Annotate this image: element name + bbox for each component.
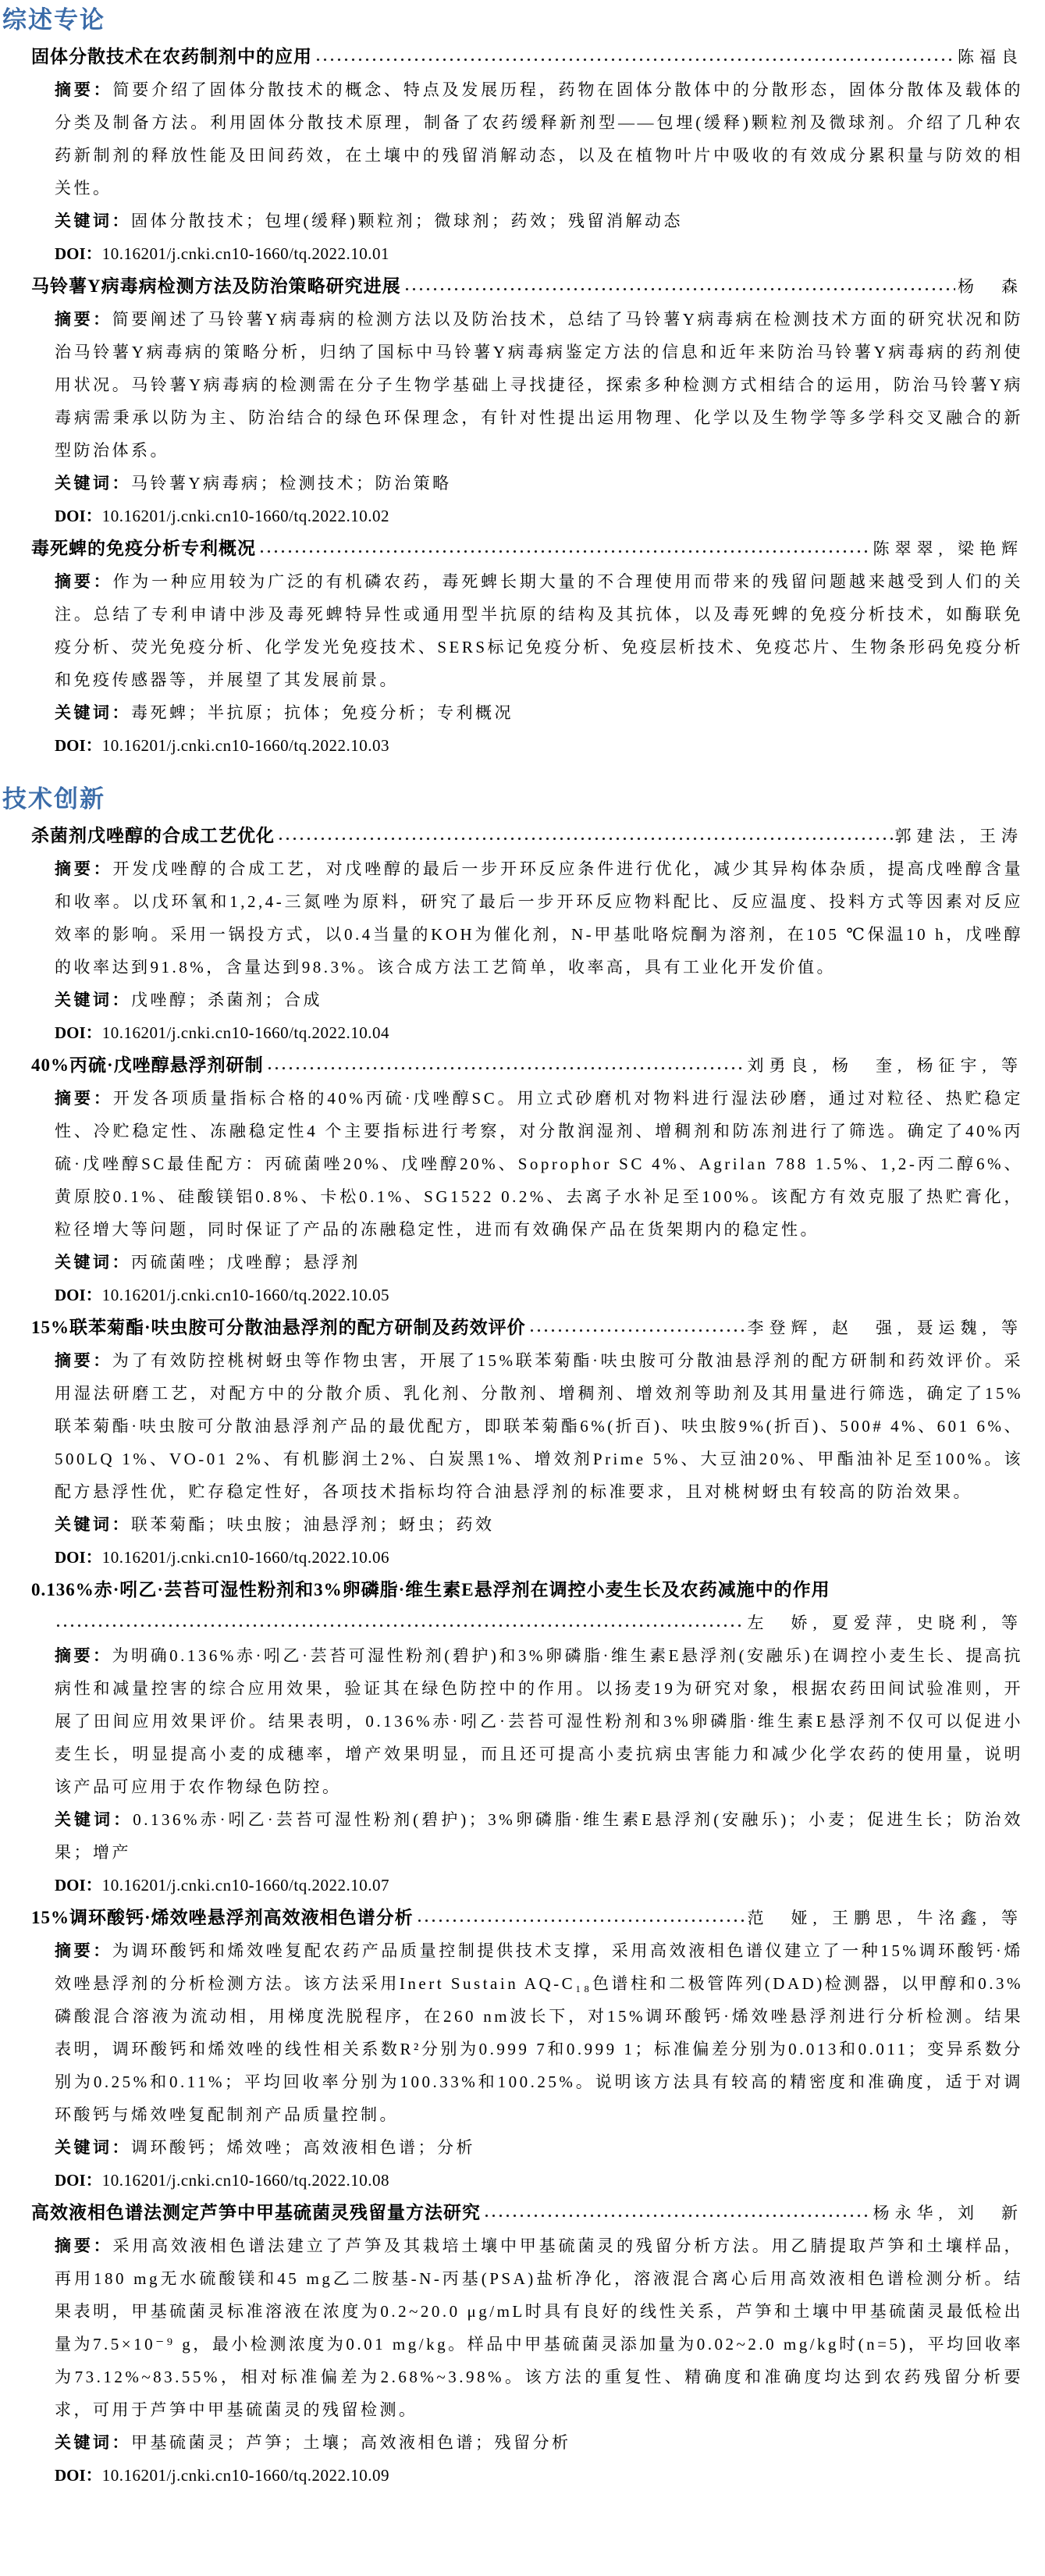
keywords-text: 丙硫菌唑；戊唑醇；悬浮剂 <box>131 1253 361 1272</box>
abstract-text: 采用高效液相色谱法建立了芦笋及其栽培土壤中甲基硫菌灵的残留分析方法。用乙腈提取芦… <box>55 2236 1023 2419</box>
article-keywords: 关键词：联苯菊酯；呋虫胺；油悬浮剂；蚜虫；药效 <box>55 1508 1023 1541</box>
keywords-text: 固体分散技术；包埋(缓释)颗粒剂；微球剂；药效；残留消解动态 <box>131 212 683 230</box>
keywords-text: 调环酸钙；烯效唑；高效液相色谱；分析 <box>131 2138 475 2157</box>
article-doi: DOI：10.16201/j.cnki.cn10-1660/tq.2022.10… <box>55 729 1023 762</box>
article-doi: DOI：10.16201/j.cnki.cn10-1660/tq.2022.10… <box>55 500 1023 532</box>
dot-leader <box>277 820 893 852</box>
article-authors: 郭建法, 王涛 <box>895 820 1024 852</box>
article-title: 杀菌剂戊唑醇的合成工艺优化 <box>31 820 275 852</box>
article: 杀菌剂戊唑醇的合成工艺优化 郭建法, 王涛 摘要：开发戊唑醇的合成工艺，对戊唑醇… <box>31 820 1023 1049</box>
article-title: 固体分散技术在农药制剂中的应用 <box>31 41 312 73</box>
keywords-text: 马铃薯Y病毒病；检测技术；防治策略 <box>131 474 452 493</box>
abstract-text: 简要阐述了马铃薯Y病毒病的检测方法以及防治技术，总结了马铃薯Y病毒病在检测技术方… <box>55 310 1023 460</box>
doi-value: 10.16201/j.cnki.cn10-1660/tq.2022.10.02 <box>102 507 389 525</box>
dot-leader <box>266 1049 745 1082</box>
keywords-text: 联苯菊酯；呋虫胺；油悬浮剂；蚜虫；药效 <box>131 1515 495 1534</box>
dot-leader <box>528 1311 745 1344</box>
doi-label: DOI： <box>55 1876 102 1895</box>
keywords-label: 关键词： <box>55 991 131 1009</box>
article-keywords: 关键词：0.136%赤·吲乙·芸苔可湿性粉剂(碧护)；3%卵磷脂·维生素E悬浮剂… <box>55 1803 1023 1869</box>
article-keywords: 关键词：丙硫菌唑；戊唑醇；悬浮剂 <box>55 1246 1023 1279</box>
article-title: 马铃薯Y病毒病检测方法及防治策略研究进展 <box>31 270 401 303</box>
dot-leader <box>403 270 955 303</box>
article-title-row: 0.136%赤·吲乙·芸苔可湿性粉剂和3%卵磷脂·维生素E悬浮剂在调控小麦生长及… <box>31 1574 1023 1606</box>
article-authors: 刘勇良, 杨 奎, 杨征宇, 等 <box>748 1049 1024 1082</box>
abstract-text: 为调环酸钙和烯效唑复配农药产品质量控制提供技术支撑，采用高效液相色谱仪建立了一种… <box>55 1941 1023 2124</box>
article-title-row: 毒死蜱的免疫分析专利概况 陈翠翠, 梁艳辉 <box>31 532 1023 565</box>
article-authors: 陈翠翠, 梁艳辉 <box>873 532 1024 565</box>
keywords-text: 毒死蜱；半抗原；抗体；免疫分析；专利概况 <box>131 703 514 722</box>
article-authors: 范 娅, 王鹏思, 牛洺鑫, 等 <box>748 1902 1024 1934</box>
abstract-label: 摘要： <box>55 1646 112 1665</box>
article-abstract: 摘要：采用高效液相色谱法建立了芦笋及其栽培土壤中甲基硫菌灵的残留分析方法。用乙腈… <box>55 2229 1023 2426</box>
doi-label: DOI： <box>55 1023 102 1042</box>
article: 0.136%赤·吲乙·芸苔可湿性粉剂和3%卵磷脂·维生素E悬浮剂在调控小麦生长及… <box>31 1574 1023 1902</box>
article-title: 15%调环酸钙·烯效唑悬浮剂高效液相色谱分析 <box>31 1902 414 1934</box>
article-title-row: 40%丙硫·戊唑醇悬浮剂研制 刘勇良, 杨 奎, 杨征宇, 等 <box>31 1049 1023 1082</box>
doi-label: DOI： <box>55 736 102 755</box>
keywords-text: 0.136%赤·吲乙·芸苔可湿性粉剂(碧护)；3%卵磷脂·维生素E悬浮剂(安融乐… <box>55 1810 1023 1862</box>
doi-value: 10.16201/j.cnki.cn10-1660/tq.2022.10.09 <box>102 2466 389 2485</box>
abstract-label: 摘要： <box>55 1351 112 1370</box>
dot-leader <box>55 1606 745 1639</box>
doi-label: DOI： <box>55 507 102 525</box>
abstract-text: 作为一种应用较为广泛的有机磷农药，毒死蜱长期大量的不合理使用而带来的残留问题越来… <box>55 572 1023 689</box>
abstract-text: 开发各项质量指标合格的40%丙硫·戊唑醇SC。用立式砂磨机对物料进行湿法砂磨，通… <box>55 1089 1023 1239</box>
abstract-text: 简要介绍了固体分散技术的概念、特点及发展历程，药物在固体分散体中的分散形态，固体… <box>55 80 1023 197</box>
abstract-text: 为明确0.136%赤·吲乙·芸苔可湿性粉剂(碧护)和3%卵磷脂·维生素E悬浮剂(… <box>55 1646 1023 1796</box>
article: 高效液相色谱法测定芦笋中甲基硫菌灵残留量方法研究 杨永华, 刘 新 摘要：采用高… <box>31 2197 1023 2492</box>
abstract-label: 摘要： <box>55 2236 112 2255</box>
article: 毒死蜱的免疫分析专利概况 陈翠翠, 梁艳辉 摘要：作为一种应用较为广泛的有机磷农… <box>31 532 1023 762</box>
article-keywords: 关键词：毒死蜱；半抗原；抗体；免疫分析；专利概况 <box>55 696 1023 729</box>
article: 马铃薯Y病毒病检测方法及防治策略研究进展 杨 森 摘要：简要阐述了马铃薯Y病毒病… <box>31 270 1023 532</box>
article-title-row: 15%调环酸钙·烯效唑悬浮剂高效液相色谱分析 范 娅, 王鹏思, 牛洺鑫, 等 <box>31 1902 1023 1934</box>
article-authors: 杨 森 <box>958 270 1023 303</box>
article-title: 毒死蜱的免疫分析专利概况 <box>31 532 256 565</box>
article-authors: 李登辉, 赵 强, 聂运魏, 等 <box>748 1311 1024 1344</box>
article-abstract: 摘要：简要阐述了马铃薯Y病毒病的检测方法以及防治技术，总结了马铃薯Y病毒病在检测… <box>55 303 1023 467</box>
keywords-label: 关键词： <box>55 474 131 493</box>
article-keywords: 关键词：马铃薯Y病毒病；检测技术；防治策略 <box>55 467 1023 500</box>
article-title: 0.136%赤·吲乙·芸苔可湿性粉剂和3%卵磷脂·维生素E悬浮剂在调控小麦生长及… <box>31 1574 830 1606</box>
article-authors-row: 左 娇, 夏爱萍, 史晓利, 等 <box>31 1606 1023 1639</box>
dot-leader <box>416 1902 745 1934</box>
abstract-text: 为了有效防控桃树蚜虫等作物虫害，开展了15%联苯菊酯·呋虫胺可分散油悬浮剂的配方… <box>55 1351 1023 1501</box>
abstract-label: 摘要： <box>55 310 112 329</box>
article-doi: DOI：10.16201/j.cnki.cn10-1660/tq.2022.10… <box>55 1279 1023 1311</box>
doi-value: 10.16201/j.cnki.cn10-1660/tq.2022.10.04 <box>102 1023 389 1042</box>
doi-label: DOI： <box>55 2171 102 2190</box>
toc-page: 综述专论 固体分散技术在农药制剂中的应用 陈福良 摘要：简要介绍了固体分散技术的… <box>0 0 1045 2492</box>
doi-value: 10.16201/j.cnki.cn10-1660/tq.2022.10.05 <box>102 1286 389 1304</box>
article-authors: 左 娇, 夏爱萍, 史晓利, 等 <box>748 1606 1024 1639</box>
abstract-text: 开发戊唑醇的合成工艺，对戊唑醇的最后一步开环反应条件进行优化，减少其异构体杂质，… <box>55 859 1023 977</box>
article-abstract: 摘要：开发各项质量指标合格的40%丙硫·戊唑醇SC。用立式砂磨机对物料进行湿法砂… <box>55 1082 1023 1246</box>
keywords-label: 关键词： <box>55 703 131 722</box>
article-doi: DOI：10.16201/j.cnki.cn10-1660/tq.2022.10… <box>55 2459 1023 2492</box>
article-abstract: 摘要：为调环酸钙和烯效唑复配农药产品质量控制提供技术支撑，采用高效液相色谱仪建立… <box>55 1934 1023 2131</box>
keywords-label: 关键词： <box>55 2433 131 2452</box>
keywords-label: 关键词： <box>55 212 131 230</box>
keywords-label: 关键词： <box>55 1810 133 1829</box>
article-authors: 陈福良 <box>958 41 1023 73</box>
article: 40%丙硫·戊唑醇悬浮剂研制 刘勇良, 杨 奎, 杨征宇, 等 摘要：开发各项质… <box>31 1049 1023 1311</box>
article-doi: DOI：10.16201/j.cnki.cn10-1660/tq.2022.10… <box>55 2164 1023 2197</box>
article-title: 高效液相色谱法测定芦笋中甲基硫菌灵残留量方法研究 <box>31 2197 481 2229</box>
article-title-row: 杀菌剂戊唑醇的合成工艺优化 郭建法, 王涛 <box>31 820 1023 852</box>
abstract-label: 摘要： <box>55 80 112 99</box>
doi-label: DOI： <box>55 2466 102 2485</box>
doi-value: 10.16201/j.cnki.cn10-1660/tq.2022.10.07 <box>102 1876 389 1895</box>
keywords-text: 甲基硫菌灵；芦笋；土壤；高效液相色谱；残留分析 <box>131 2433 571 2452</box>
article-keywords: 关键词：固体分散技术；包埋(缓释)颗粒剂；微球剂；药效；残留消解动态 <box>55 205 1023 237</box>
article: 固体分散技术在农药制剂中的应用 陈福良 摘要：简要介绍了固体分散技术的概念、特点… <box>31 41 1023 270</box>
dot-leader <box>315 41 955 73</box>
article: 15%联苯菊酯·呋虫胺可分散油悬浮剂的配方研制及药效评价 李登辉, 赵 强, 聂… <box>31 1311 1023 1574</box>
article-title-row: 马铃薯Y病毒病检测方法及防治策略研究进展 杨 森 <box>31 270 1023 303</box>
article-title-row: 固体分散技术在农药制剂中的应用 陈福良 <box>31 41 1023 73</box>
article-doi: DOI：10.16201/j.cnki.cn10-1660/tq.2022.10… <box>55 237 1023 270</box>
abstract-label: 摘要： <box>55 1941 112 1960</box>
article-abstract: 摘要：为明确0.136%赤·吲乙·芸苔可湿性粉剂(碧护)和3%卵磷脂·维生素E悬… <box>55 1639 1023 1803</box>
article-abstract: 摘要：简要介绍了固体分散技术的概念、特点及发展历程，药物在固体分散体中的分散形态… <box>55 73 1023 205</box>
article: 15%调环酸钙·烯效唑悬浮剂高效液相色谱分析 范 娅, 王鹏思, 牛洺鑫, 等 … <box>31 1902 1023 2197</box>
article-abstract: 摘要：为了有效防控桃树蚜虫等作物虫害，开展了15%联苯菊酯·呋虫胺可分散油悬浮剂… <box>55 1344 1023 1508</box>
article-keywords: 关键词：调环酸钙；烯效唑；高效液相色谱；分析 <box>55 2131 1023 2164</box>
doi-value: 10.16201/j.cnki.cn10-1660/tq.2022.10.03 <box>102 736 389 755</box>
article-doi: DOI：10.16201/j.cnki.cn10-1660/tq.2022.10… <box>55 1541 1023 1574</box>
abstract-label: 摘要： <box>55 1089 113 1108</box>
keywords-text: 戊唑醇；杀菌剂；合成 <box>131 991 322 1009</box>
article-doi: DOI：10.16201/j.cnki.cn10-1660/tq.2022.10… <box>55 1869 1023 1902</box>
keywords-label: 关键词： <box>55 1253 131 1272</box>
doi-label: DOI： <box>55 244 102 263</box>
article-doi: DOI：10.16201/j.cnki.cn10-1660/tq.2022.10… <box>55 1016 1023 1049</box>
article-authors: 杨永华, 刘 新 <box>873 2197 1024 2229</box>
article-title: 15%联苯菊酯·呋虫胺可分散油悬浮剂的配方研制及药效评价 <box>31 1311 526 1344</box>
doi-label: DOI： <box>55 1548 102 1567</box>
article-title-row: 15%联苯菊酯·呋虫胺可分散油悬浮剂的配方研制及药效评价 李登辉, 赵 强, 聂… <box>31 1311 1023 1344</box>
dot-leader <box>258 532 871 565</box>
article-keywords: 关键词：戊唑醇；杀菌剂；合成 <box>55 984 1023 1016</box>
section-header-innovation: 技术创新 <box>2 782 1023 817</box>
abstract-label: 摘要： <box>55 859 112 878</box>
article-keywords: 关键词：甲基硫菌灵；芦笋；土壤；高效液相色谱；残留分析 <box>55 2426 1023 2459</box>
doi-value: 10.16201/j.cnki.cn10-1660/tq.2022.10.01 <box>102 244 389 263</box>
doi-label: DOI： <box>55 1286 102 1304</box>
doi-value: 10.16201/j.cnki.cn10-1660/tq.2022.10.08 <box>102 2171 389 2190</box>
doi-value: 10.16201/j.cnki.cn10-1660/tq.2022.10.06 <box>102 1548 389 1567</box>
keywords-label: 关键词： <box>55 2138 131 2157</box>
abstract-label: 摘要： <box>55 572 112 591</box>
dot-leader <box>483 2197 871 2229</box>
article-abstract: 摘要：作为一种应用较为广泛的有机磷农药，毒死蜱长期大量的不合理使用而带来的残留问… <box>55 565 1023 696</box>
article-title-row: 高效液相色谱法测定芦笋中甲基硫菌灵残留量方法研究 杨永华, 刘 新 <box>31 2197 1023 2229</box>
article-abstract: 摘要：开发戊唑醇的合成工艺，对戊唑醇的最后一步开环反应条件进行优化，减少其异构体… <box>55 852 1023 984</box>
section-header-review: 综述专论 <box>2 3 1023 37</box>
article-title: 40%丙硫·戊唑醇悬浮剂研制 <box>31 1049 264 1082</box>
keywords-label: 关键词： <box>55 1515 131 1534</box>
